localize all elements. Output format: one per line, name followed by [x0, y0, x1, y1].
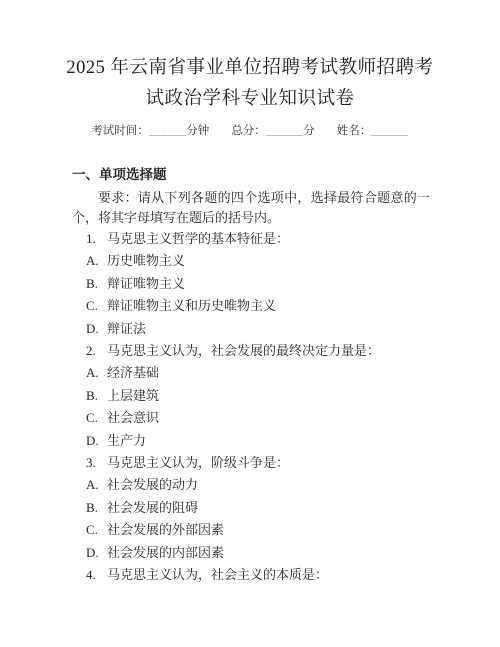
question-list: 1.马克思主义哲学的基本特征是： A.历史唯物主义 B.辩证唯物主义 C.辩证唯…	[86, 228, 500, 587]
option-text: 辩证唯物主义	[107, 276, 185, 291]
option-text: 社会发展的阻碍	[107, 500, 198, 515]
option-label: C.	[86, 519, 107, 541]
option-label: C.	[86, 407, 107, 429]
option-text: 社会发展的内部因素	[107, 545, 224, 560]
option-row: C.社会发展的外部因素	[86, 519, 500, 541]
exam-paper-page: 2025 年云南省事业单位招聘考试教师招聘考 试政治学科专业知识试卷 考试时间：…	[0, 0, 500, 587]
question-text: 马克思主义哲学的基本特征是：	[107, 231, 289, 246]
exam-time-label: 考试时间：	[91, 125, 149, 137]
exam-score-unit: 分	[303, 125, 315, 137]
exam-time-field: 考试时间：______分钟	[91, 124, 209, 138]
exam-name-label: 姓名：	[337, 125, 372, 137]
question-block-1: 1.马克思主义哲学的基本特征是： A.历史唯物主义 B.辩证唯物主义 C.辩证唯…	[86, 228, 500, 340]
section-requirement: 要求：请从下列各题的四个选项中，选择最符合题意的一个，将其字母填写在题后的括号内…	[72, 188, 430, 227]
option-label: B.	[86, 273, 107, 295]
question-number: 4.	[86, 564, 107, 586]
exam-time-blank: ______	[149, 125, 187, 137]
option-text: 生产力	[107, 433, 146, 448]
option-label: A.	[86, 362, 107, 384]
option-row: D.生产力	[86, 430, 500, 452]
option-row: A.历史唯物主义	[86, 250, 500, 272]
option-text: 社会意识	[107, 410, 159, 425]
page-title: 2025 年云南省事业单位招聘考试教师招聘考 试政治学科专业知识试卷	[0, 0, 500, 115]
question-text: 马克思主义认为，社会发展的最终决定力量是：	[107, 343, 380, 358]
option-text: 经济基础	[107, 365, 159, 380]
option-text: 历史唯物主义	[107, 253, 185, 268]
question-row: 1.马克思主义哲学的基本特征是：	[86, 228, 500, 250]
question-number: 2.	[86, 340, 107, 362]
option-label: D.	[86, 430, 107, 452]
exam-info-line: 考试时间：______分钟总分：______分姓名：______	[0, 124, 500, 138]
option-text: 上层建筑	[107, 388, 159, 403]
question-text: 马克思主义认为，阶级斗争是：	[107, 455, 289, 470]
question-row: 2.马克思主义认为，社会发展的最终决定力量是：	[86, 340, 500, 362]
option-text: 社会发展的动力	[107, 477, 198, 492]
option-row: A.经济基础	[86, 362, 500, 384]
option-label: B.	[86, 497, 107, 519]
option-row: B.辩证唯物主义	[86, 273, 500, 295]
question-row: 3.马克思主义认为，阶级斗争是：	[86, 452, 500, 474]
option-row: B.上层建筑	[86, 385, 500, 407]
option-row: D.辩证法	[86, 318, 500, 340]
option-row: A.社会发展的动力	[86, 474, 500, 496]
question-text: 马克思主义认为，社会主义的本质是：	[107, 567, 328, 582]
option-row: C.辩证唯物主义和历史唯物主义	[86, 295, 500, 317]
option-label: A.	[86, 250, 107, 272]
exam-score-field: 总分：______分	[231, 124, 315, 138]
option-text: 辩证法	[107, 321, 146, 336]
question-block-2: 2.马克思主义认为，社会发展的最终决定力量是： A.经济基础 B.上层建筑 C.…	[86, 340, 500, 452]
question-number: 3.	[86, 452, 107, 474]
option-label: B.	[86, 385, 107, 407]
exam-score-label: 总分：	[231, 125, 266, 137]
option-label: A.	[86, 474, 107, 496]
exam-time-unit: 分钟	[186, 125, 209, 137]
option-label: D.	[86, 542, 107, 564]
option-label: C.	[86, 295, 107, 317]
exam-score-blank: ______	[266, 125, 304, 137]
option-label: D.	[86, 318, 107, 340]
question-block-4: 4.马克思主义认为，社会主义的本质是：	[86, 564, 500, 586]
question-block-3: 3.马克思主义认为，阶级斗争是： A.社会发展的动力 B.社会发展的阻碍 C.社…	[86, 452, 500, 564]
option-row: B.社会发展的阻碍	[86, 497, 500, 519]
page-title-line2: 试政治学科专业知识试卷	[0, 84, 500, 115]
page-title-line1: 2025 年云南省事业单位招聘考试教师招聘考	[0, 53, 500, 84]
exam-name-blank: ______	[371, 125, 409, 137]
section-heading: 一、单项选择题	[72, 166, 500, 184]
option-text: 辩证唯物主义和历史唯物主义	[107, 298, 276, 313]
question-number: 1.	[86, 228, 107, 250]
option-row: C.社会意识	[86, 407, 500, 429]
exam-name-field: 姓名：______	[337, 124, 409, 138]
question-row: 4.马克思主义认为，社会主义的本质是：	[86, 564, 500, 586]
option-text: 社会发展的外部因素	[107, 522, 224, 537]
option-row: D.社会发展的内部因素	[86, 542, 500, 564]
